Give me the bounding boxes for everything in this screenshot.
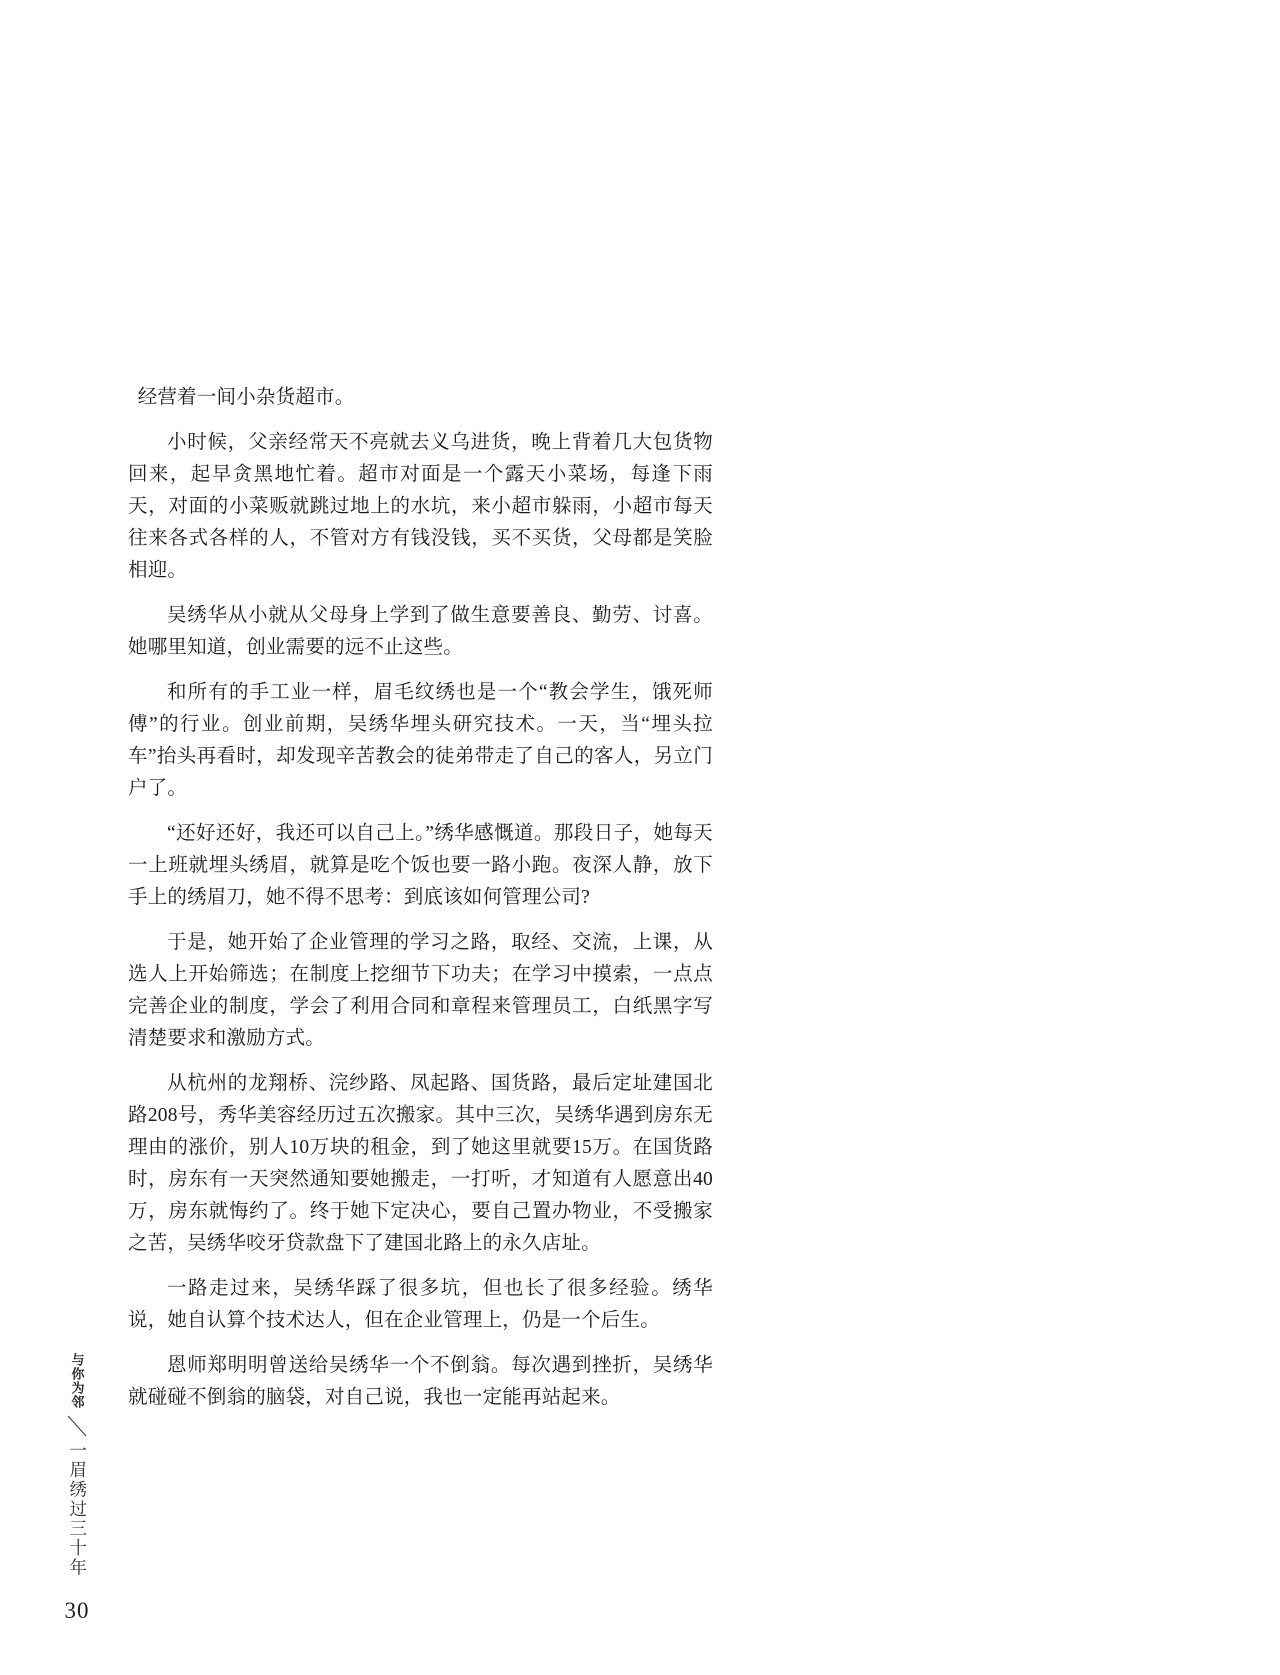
paragraph: 于是，她开始了企业管理的学习之路，取经、交流，上课，从选人上开始筛选；在制度上挖… [128,927,713,1055]
paragraph: 从杭州的龙翔桥、浣纱路、凤起路、国货路，最后定址建国北路208号，秀华美容经历过… [128,1068,713,1260]
page-margin-sidebar: 与你为邻 一眉绣过三十年 30 [58,1353,96,1624]
paragraph: 小时候，父亲经常天不亮就去义乌进货，晚上背着几大包货物回来，起早贪黑地忙着。超市… [128,427,713,587]
paragraph: 一路走过来，吴绣华踩了很多坑，但也长了很多经验。绣华说，她自认算个技术达人，但在… [128,1273,713,1337]
diagonal-slash-icon [65,1413,89,1439]
series-title-vertical: 与你为邻 [71,1353,84,1409]
paragraph: 恩师郑明明曾送给吴绣华一个不倒翁。每次遇到挫折，吴绣华就碰碰不倒翁的脑袋，对自己… [128,1350,713,1414]
book-page: 经营着一间小杂货超市。 小时候，父亲经常天不亮就去义乌进货，晚上背着几大包货物回… [0,0,1280,1675]
paragraph: 和所有的手工业一样，眉毛纹绣也是一个“教会学生，饿死师傅”的行业。创业前期，吴绣… [128,677,713,805]
page-number: 30 [65,1598,90,1624]
paragraph: 吴绣华从小就从父母身上学到了做生意要善良、勤劳、讨喜。她哪里知道，创业需要的远不… [128,600,713,664]
article-title-vertical: 一眉绣过三十年 [68,1441,86,1578]
paragraph: 经营着一间小杂货超市。 [128,382,713,414]
article-text-block: 经营着一间小杂货超市。 小时候，父亲经常天不亮就去义乌进货，晚上背着几大包货物回… [128,382,713,1414]
paragraph: “还好还好，我还可以自己上。”绣华感慨道。那段日子，她每天一上班就埋头绣眉，就算… [128,818,713,914]
